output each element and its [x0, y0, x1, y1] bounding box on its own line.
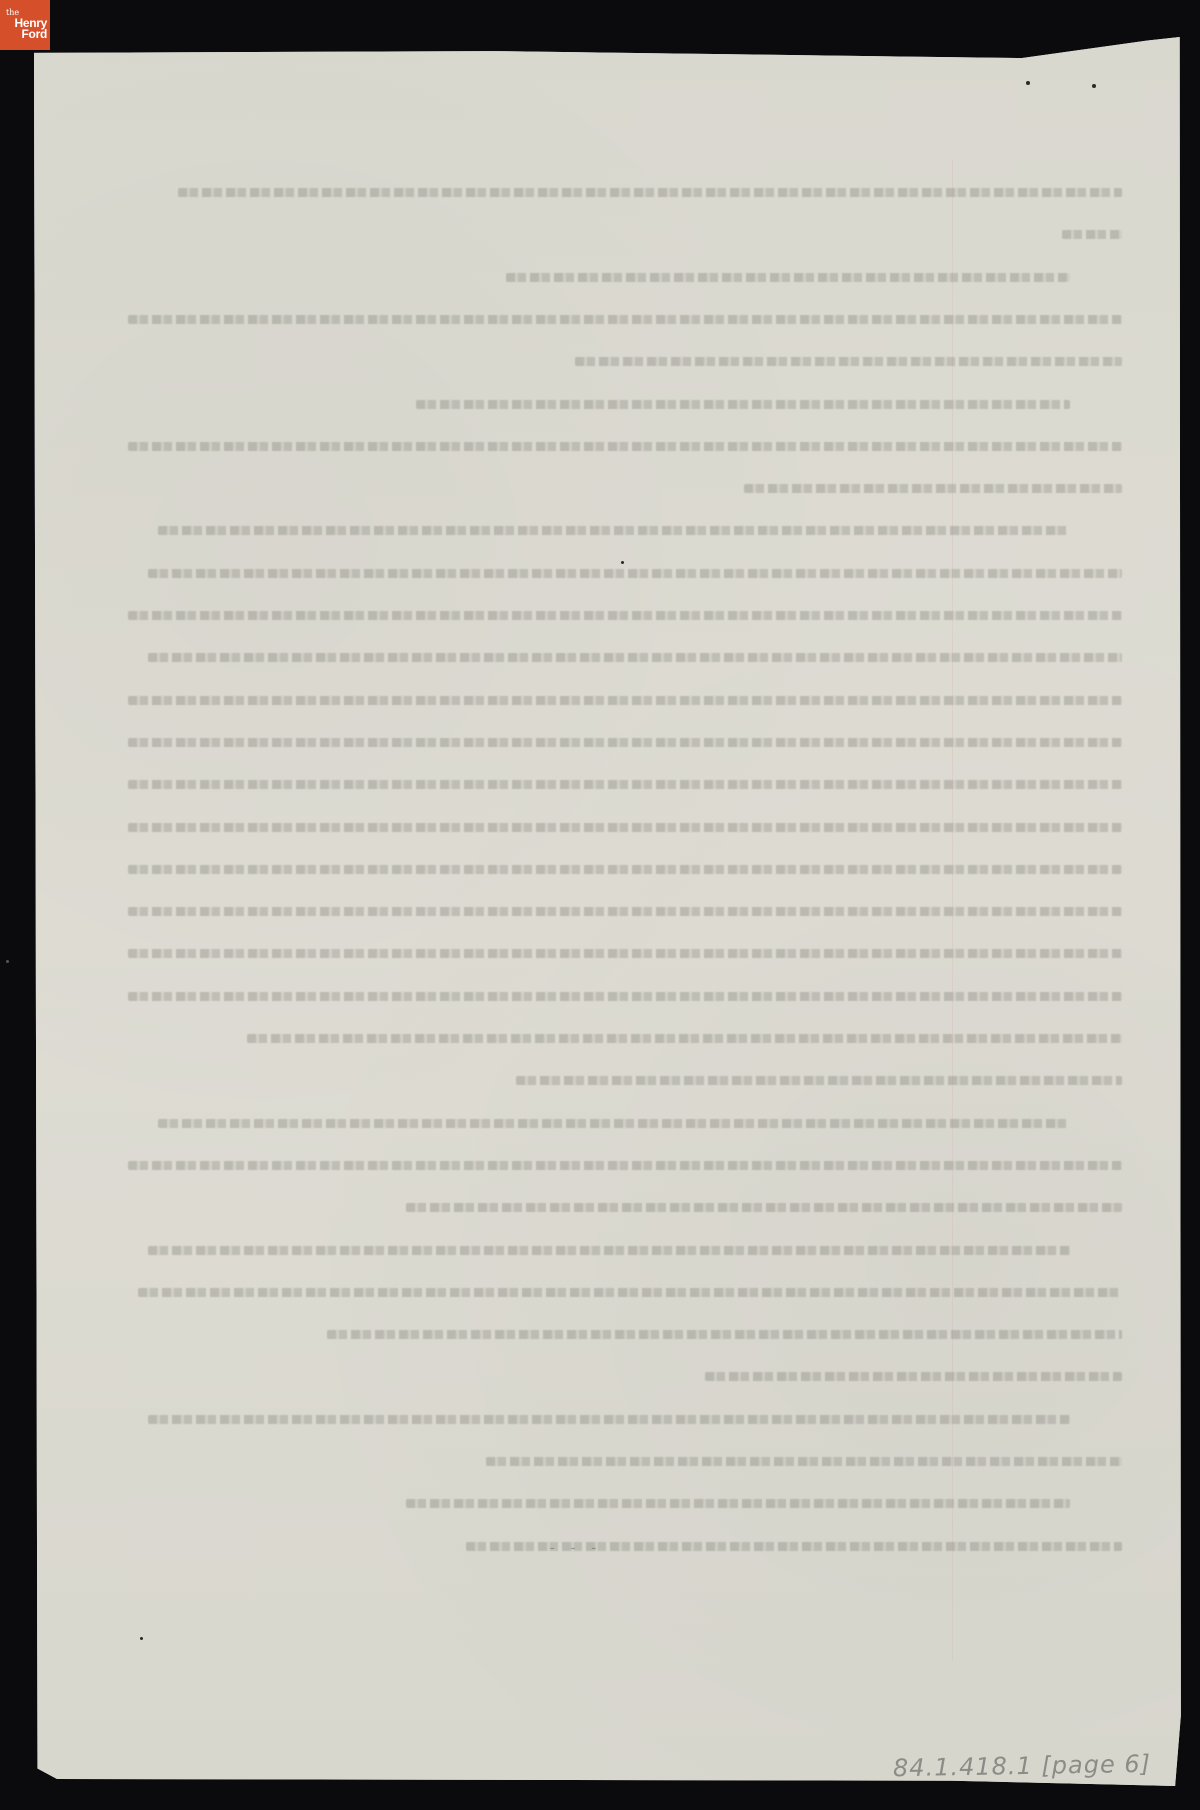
bleed-through-line — [148, 569, 1122, 578]
page-marker: - - - — [548, 1541, 600, 1557]
paper-speck — [140, 1637, 143, 1640]
bleed-through-line — [158, 1119, 1070, 1128]
logo-ford: Ford — [22, 29, 47, 40]
bleed-through-line — [416, 400, 1070, 409]
bleed-through-line — [327, 1330, 1122, 1339]
accession-number-note: 84.1.418.1 [page 6] — [893, 1750, 1151, 1782]
bleed-through-line — [406, 1203, 1122, 1212]
bleed-through-line — [128, 1161, 1122, 1170]
bleed-through-line — [128, 780, 1122, 789]
bleed-through-line — [128, 442, 1122, 451]
bleed-through-line — [705, 1372, 1122, 1381]
bleed-through-line — [128, 823, 1122, 832]
paper-speck — [1092, 84, 1096, 88]
bleed-through-line — [575, 357, 1122, 366]
henry-ford-logo: the Henry Ford — [0, 0, 50, 50]
bleed-through-line — [506, 273, 1070, 282]
bleed-through-line — [128, 949, 1122, 958]
bleed-through-line — [158, 526, 1070, 535]
bleed-through-line — [138, 1288, 1122, 1297]
paper-speck — [621, 561, 624, 564]
bleed-through-line — [148, 1415, 1070, 1424]
bleed-through-line — [128, 992, 1122, 1001]
bleed-through-line — [1062, 230, 1122, 239]
paper-speck — [1026, 81, 1030, 85]
bleed-through-line — [744, 484, 1122, 493]
bleed-through-line — [406, 1499, 1070, 1508]
bleed-through-line — [148, 1246, 1070, 1255]
bleed-through-line — [148, 653, 1122, 662]
bleed-through-line — [128, 696, 1122, 705]
bleed-through-line — [128, 315, 1122, 324]
bleed-through-line — [128, 738, 1122, 747]
bleed-through-line — [128, 611, 1122, 620]
bleed-through-line — [128, 865, 1122, 874]
bleed-through-line — [128, 907, 1122, 916]
bleed-through-line — [247, 1034, 1122, 1043]
bleed-through-line — [178, 188, 1122, 197]
paper-speck — [6, 960, 9, 963]
bleed-through-line — [486, 1457, 1122, 1466]
bleed-through-line — [516, 1076, 1122, 1085]
